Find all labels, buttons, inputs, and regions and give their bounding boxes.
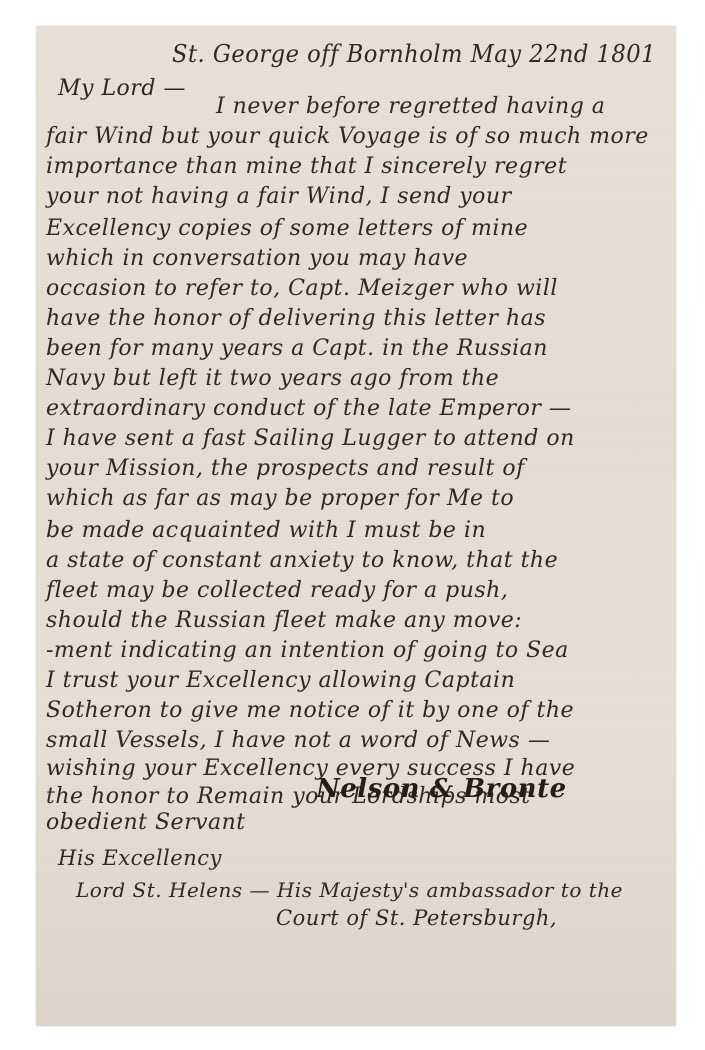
address-block: His Excellency Lord St. Helens — His Maj… <box>36 26 676 1026</box>
address-line: Lord St. Helens — His Majesty's ambassad… <box>76 878 623 902</box>
address-line: Court of St. Petersburgh, <box>276 906 557 930</box>
address-line: His Excellency <box>58 846 222 870</box>
